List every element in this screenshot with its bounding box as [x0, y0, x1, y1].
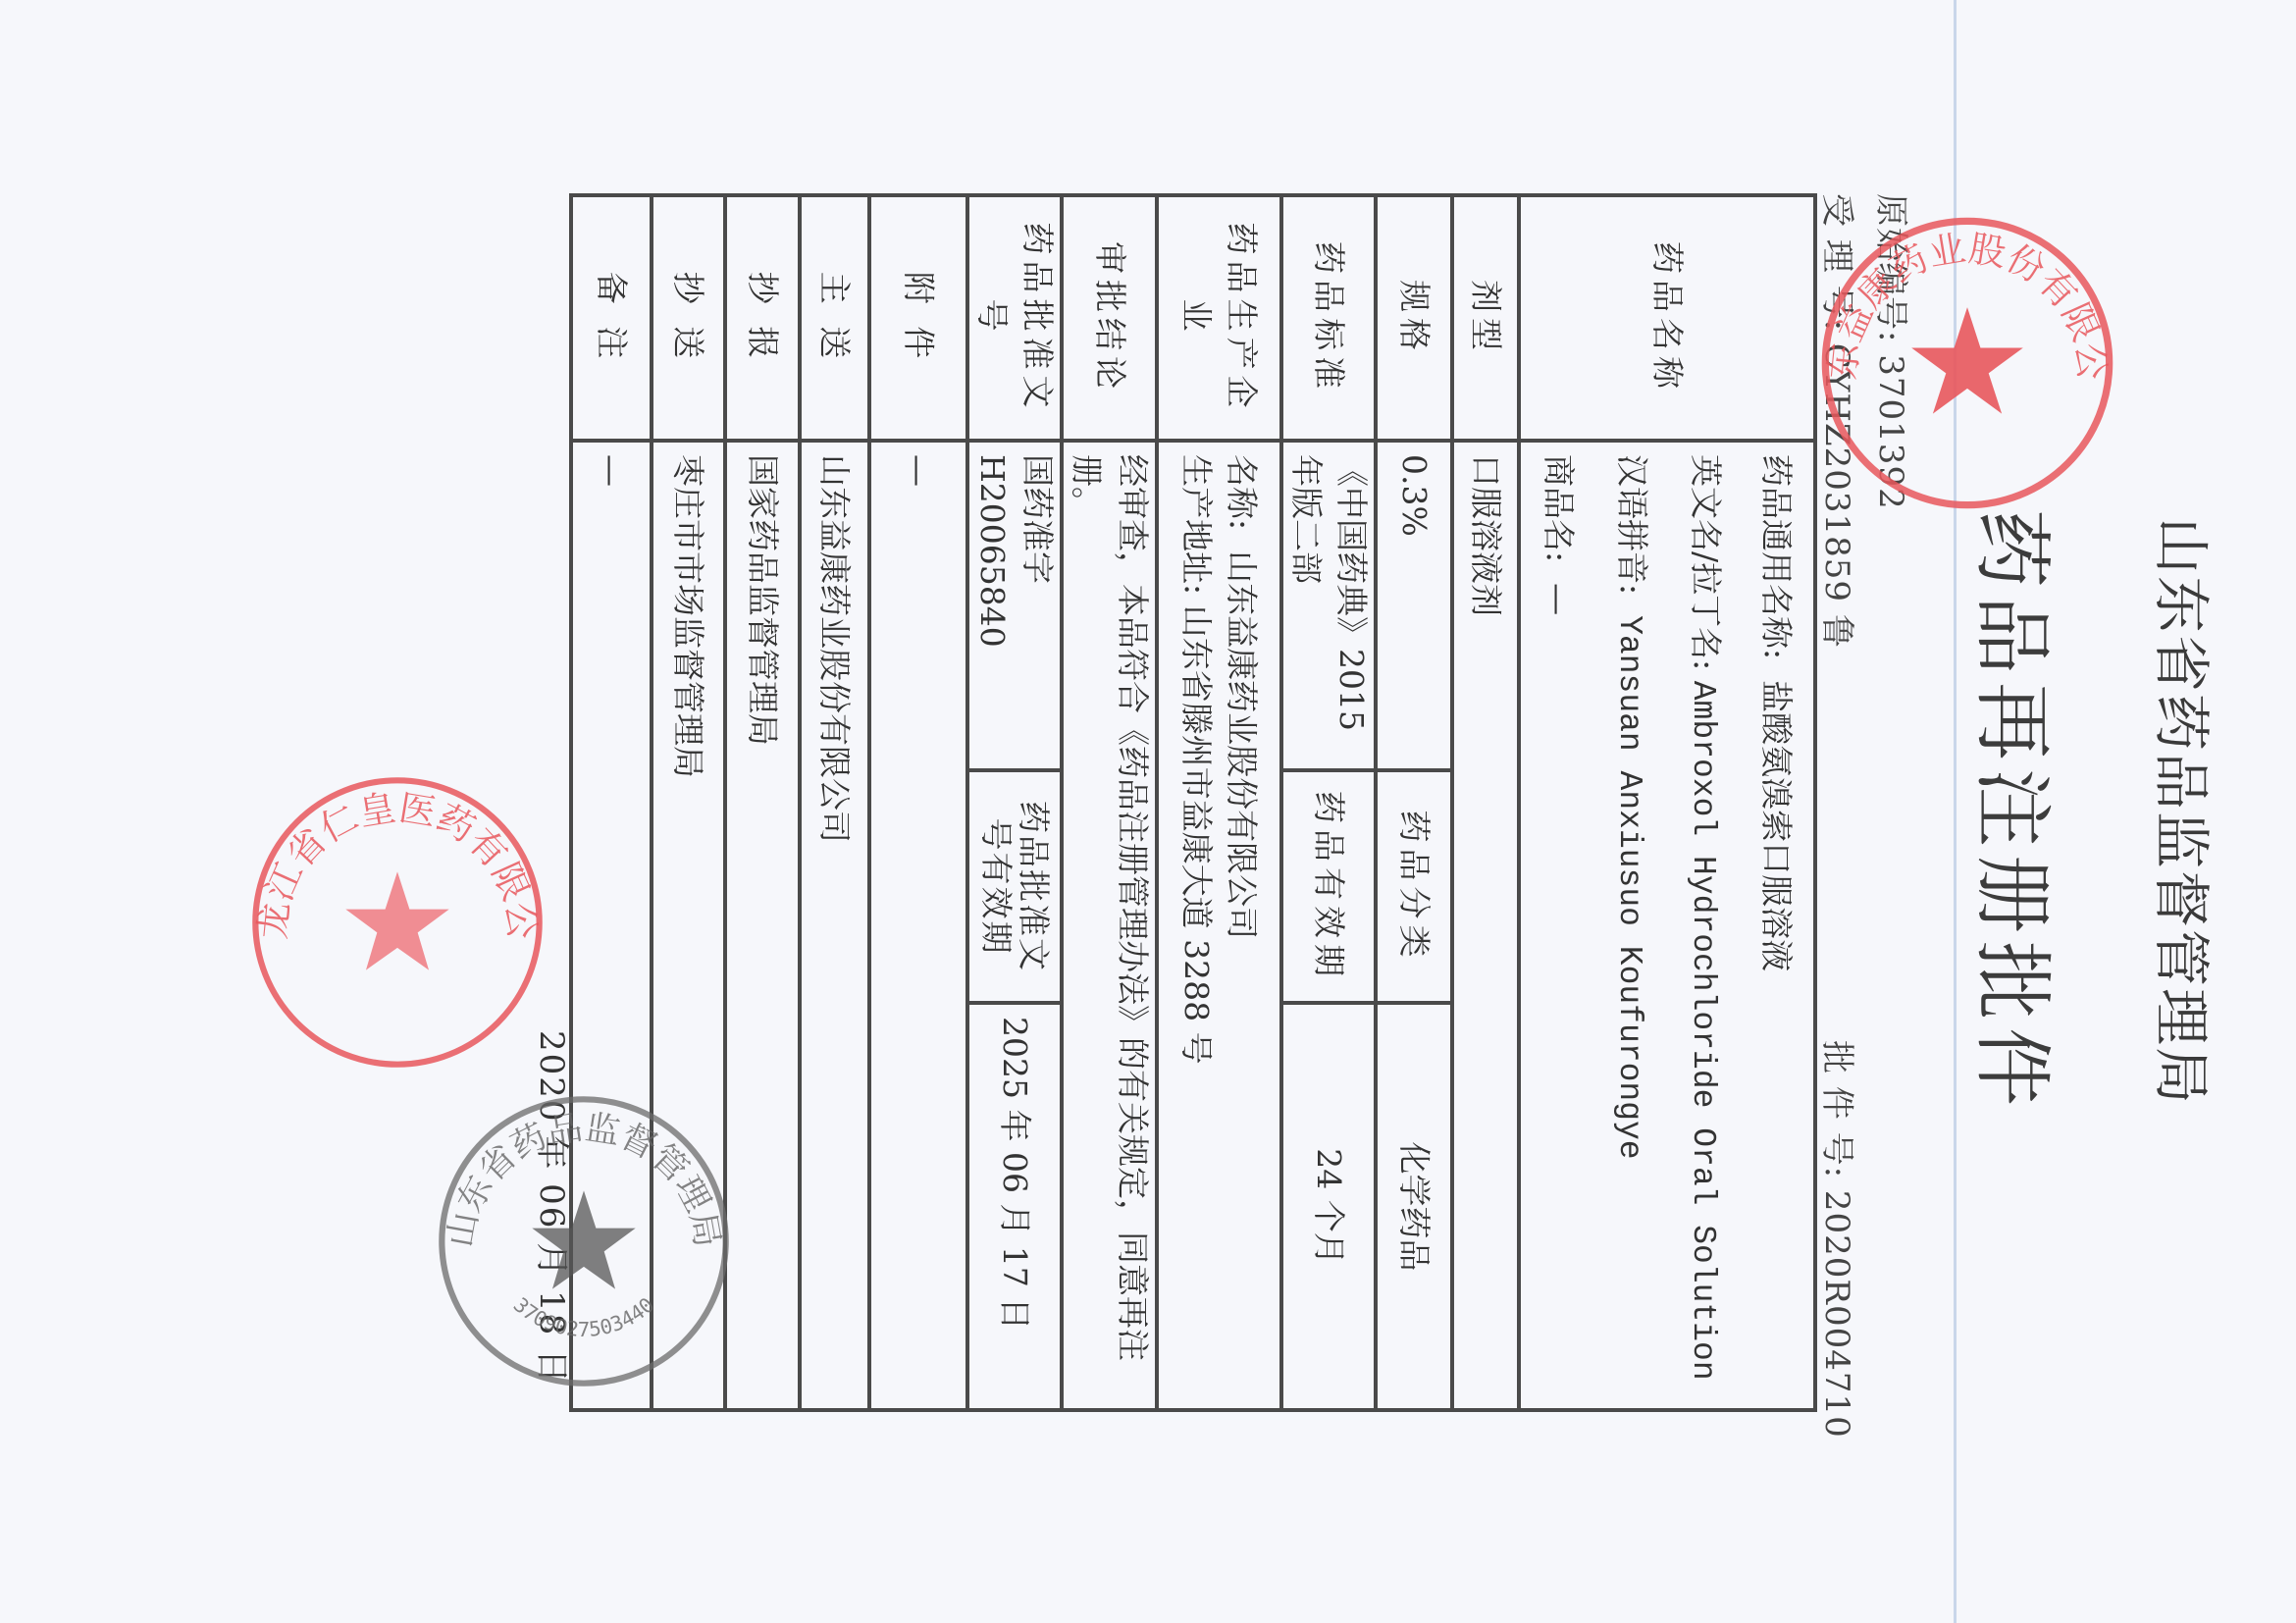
approval-number-label: 批 件 号:: [1817, 1040, 1856, 1178]
trade-name-label: 商品名:: [1539, 454, 1578, 562]
value-specification: 0.3%: [1376, 441, 1452, 770]
label-copy-to: 抄 送: [652, 195, 725, 441]
company-seal-stamp: 山东益康药业股份有限公司: [1815, 211, 2119, 515]
value-conclusion: 经审查，本品符合《药品注册管理办法》的有关规定，同意再注册。: [1062, 441, 1156, 1410]
approval-number: 批 件 号: 2020R004710: [1816, 1040, 1864, 1439]
label-report-to: 抄 报: [725, 195, 800, 441]
label-remarks: 备 注: [571, 195, 652, 441]
pinyin-value: Yansuan Anxiusuo Koufurongye: [1611, 615, 1647, 1160]
label-attachments: 附 件: [869, 195, 967, 441]
generic-name: 药品通用名称: 盐酸氨溴索口服溶液: [1753, 454, 1799, 1396]
manufacturer-name-label: 名称:: [1223, 454, 1261, 530]
manufacturer-address: 生产地址: 山东省滕州市益康大道 3288 号: [1174, 454, 1219, 1396]
value-report-to: 国家药品监督管理局: [725, 441, 800, 1410]
value-shelf-life: 24 个月: [1281, 1003, 1376, 1410]
svg-text:3709027503440: 3709027503440: [509, 1293, 659, 1341]
label-dosage-form: 剂型: [1452, 195, 1519, 441]
issuing-agency: 山东省药品监督管理局: [2145, 0, 2227, 1623]
row-main-recipient: 主 送 山东益康药业股份有限公司: [800, 195, 869, 1410]
manufacturer-name-value: 山东益康药业股份有限公司: [1223, 550, 1261, 939]
english-name-label: 英文名/拉丁名:: [1687, 454, 1725, 670]
manufacturer-name: 名称: 山东益康药业股份有限公司: [1219, 454, 1264, 1396]
trade-name: 商品名: —: [1536, 454, 1581, 1396]
value-drug-name: 药品通用名称: 盐酸氨溴索口服溶液 英文名/拉丁名: Ambroxol Hydr…: [1519, 441, 1815, 1410]
distributor-seal-stamp: 黑龙江省仁皇医药有限公司: [245, 770, 549, 1074]
value-attachments: —: [869, 441, 967, 1410]
row-manufacturer: 药品生产企业 名称: 山东益康药业股份有限公司 生产地址: 山东省滕州市益康大道…: [1157, 195, 1281, 1410]
label-manufacturer: 药品生产企业: [1157, 195, 1281, 441]
pinyin-name: 汉语拼音: Yansuan Anxiusuo Koufurongye: [1606, 454, 1654, 1396]
label-approval-validity: 药品批准文号有效期: [967, 770, 1062, 1003]
document-page: 山东省药品监督管理局 药品再注册批件 原始编号: 3701392 受 理 号: …: [0, 0, 2296, 1623]
generic-name-label: 药品通用名称:: [1757, 454, 1796, 659]
row-drug-name: 药品名称 药品通用名称: 盐酸氨溴索口服溶液 英文名/拉丁名: Ambroxol…: [1519, 195, 1815, 1410]
value-main-recipient: 山东益康药业股份有限公司: [800, 441, 869, 1410]
manufacturer-address-value: 山东省滕州市益康大道 3288 号: [1177, 605, 1216, 1065]
agency-seal-icon: 山东省药品监督管理局 3709027503440: [432, 1089, 736, 1393]
row-dosage-form: 剂型 口服溶液剂: [1452, 195, 1519, 1410]
label-approval-number: 药品批准文号: [967, 195, 1062, 441]
label-drug-name: 药品名称: [1519, 195, 1815, 441]
value-dosage-form: 口服溶液剂: [1452, 441, 1519, 1410]
generic-name-value: 盐酸氨溴索口服溶液: [1757, 680, 1796, 971]
row-report-to: 抄 报 国家药品监督管理局: [725, 195, 800, 1410]
label-shelf-life: 药品有效期: [1281, 770, 1376, 1003]
row-standard: 药品标准 《中国药典》2015 年版二部 药品有效期 24 个月: [1281, 195, 1376, 1410]
label-main-recipient: 主 送: [800, 195, 869, 441]
value-approval-validity: 2025 年 06 月 17 日: [967, 1003, 1062, 1410]
row-attachments: 附 件 —: [869, 195, 967, 1410]
label-specification: 规格: [1376, 195, 1452, 441]
company-seal-icon: 山东益康药业股份有限公司: [1815, 211, 2119, 515]
row-conclusion: 审批结论 经审查，本品符合《药品注册管理办法》的有关规定，同意再注册。: [1062, 195, 1156, 1410]
english-name-value: Ambroxol Hydrochloride Oral Solution: [1685, 681, 1721, 1381]
value-standard: 《中国药典》2015 年版二部: [1281, 441, 1376, 770]
row-approval-number: 药品批准文号 国药准字 H20065840 药品批准文号有效期 2025 年 0…: [967, 195, 1062, 1410]
value-drug-category: 化学药品: [1376, 1003, 1452, 1410]
approval-number-value: 2020R004710: [1817, 1190, 1856, 1439]
label-standard: 药品标准: [1281, 195, 1376, 441]
manufacturer-address-label: 生产地址:: [1177, 454, 1216, 595]
agency-seal-stamp: 山东省药品监督管理局 3709027503440: [432, 1089, 736, 1393]
approval-table: 药品名称 药品通用名称: 盐酸氨溴索口服溶液 英文名/拉丁名: Ambroxol…: [569, 193, 1817, 1412]
pinyin-label: 汉语拼音:: [1613, 454, 1651, 595]
trade-name-value: —: [1539, 583, 1578, 615]
row-specification: 规格 0.3% 药品分类 化学药品: [1376, 195, 1452, 1410]
value-manufacturer: 名称: 山东益康药业股份有限公司 生产地址: 山东省滕州市益康大道 3288 号: [1157, 441, 1281, 1410]
distributor-seal-icon: 黑龙江省仁皇医药有限公司: [245, 770, 549, 1074]
value-approval-number: 国药准字 H20065840: [967, 441, 1062, 770]
english-name: 英文名/拉丁名: Ambroxol Hydrochloride Oral Sol…: [1680, 454, 1728, 1396]
label-conclusion: 审批结论: [1062, 195, 1156, 441]
label-drug-category: 药品分类: [1376, 770, 1452, 1003]
